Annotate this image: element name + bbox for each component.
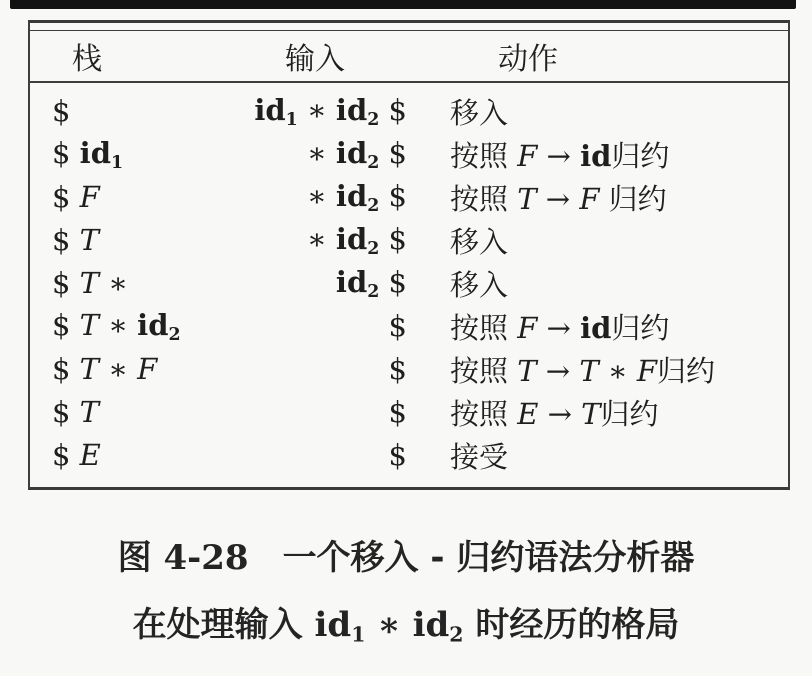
text-segment: 归约 — [600, 397, 658, 431]
text-segment: 1 — [351, 623, 365, 647]
text-segment: 移入 — [450, 225, 508, 259]
text-segment: id — [336, 93, 367, 127]
input-cell: ∗ id2 $ — [195, 179, 435, 216]
parser-configurations-table: 栈 输入 动作 $ id1 ∗ id2 $ 移入 $ id1 ∗ id2 $ 按… — [28, 20, 790, 490]
text-segment: $ — [389, 438, 407, 472]
text-segment: $ — [52, 308, 80, 342]
text-segment: $ — [379, 179, 407, 213]
text-segment: 2 — [367, 282, 379, 302]
text-segment: $ — [379, 136, 407, 170]
text-segment: id — [580, 311, 611, 345]
table-body: $ id1 ∗ id2 $ 移入 $ id1 ∗ id2 $ 按照 F → id… — [30, 83, 788, 487]
text-segment: 移入 — [450, 268, 508, 302]
text-segment: F — [80, 180, 100, 214]
figure-caption-line2: 在处理输入 id1 ∗ id2 时经历的格局 — [0, 605, 812, 655]
text-segment: 图 — [118, 538, 164, 578]
text-segment: 2 — [367, 110, 379, 130]
text-segment: 2 — [367, 153, 379, 173]
input-cell: id1 ∗ id2 $ — [195, 93, 435, 130]
text-segment: → — [538, 397, 581, 431]
text-segment: 时经历的格局 — [463, 605, 679, 645]
text-segment: id — [80, 136, 111, 170]
text-segment: id — [336, 136, 367, 170]
input-cell: $ — [195, 438, 435, 473]
action-cell: 按照 T → F 归约 — [435, 177, 788, 218]
text-segment: T — [517, 182, 536, 216]
text-segment: T — [80, 223, 99, 257]
text-segment: → — [537, 139, 580, 173]
text-segment: → — [537, 354, 580, 388]
text-segment: $ — [52, 266, 80, 300]
text-segment: id — [336, 265, 367, 299]
text-segment: 2 — [367, 239, 379, 259]
text-segment: T — [517, 354, 536, 388]
table-row-9: $ E $ 接受 — [30, 434, 788, 477]
text-segment: 2 — [168, 325, 180, 345]
input-cell: ∗ id2 $ — [195, 136, 435, 173]
action-cell: 按照 F → id归约 — [435, 306, 788, 347]
scanned-book-page: 栈 输入 动作 $ id1 ∗ id2 $ 移入 $ id1 ∗ id2 $ 按… — [0, 0, 812, 676]
input-cell: $ — [195, 309, 435, 344]
text-segment: 按照 — [450, 311, 517, 345]
text-segment: T — [80, 352, 99, 386]
text-segment: 一个移入 - 归约语法分析器 — [249, 538, 695, 578]
text-segment: id — [137, 308, 168, 342]
table-row-3: $ F ∗ id2 $ 按照 T → F 归约 — [30, 176, 788, 219]
text-segment: E — [517, 397, 538, 431]
stack-cell: $ — [30, 94, 195, 129]
text-segment: $ — [379, 265, 407, 299]
table-row-1: $ id1 ∗ id2 $ 移入 — [30, 90, 788, 133]
text-segment: 归约 — [611, 139, 669, 173]
action-cell: 接受 — [435, 435, 788, 476]
text-segment: 接受 — [450, 440, 508, 474]
table-row-8: $ T $ 按照 E → T归约 — [30, 391, 788, 434]
text-segment: 按照 — [450, 397, 517, 431]
column-header-stack: 栈 — [30, 34, 195, 78]
stack-cell: $ F — [30, 180, 195, 215]
text-segment: $ — [379, 222, 407, 256]
figure-caption: 图 4-28 一个移入 - 归约语法分析器 在处理输入 id1 ∗ id2 时经… — [0, 538, 812, 655]
scan-artifact-bar — [10, 0, 796, 9]
text-segment: ∗ — [307, 179, 336, 213]
table-row-5: $ T ∗ id2 $ 移入 — [30, 262, 788, 305]
text-segment: 4-28 — [163, 538, 248, 578]
text-segment: $ — [379, 93, 407, 127]
text-segment: id — [413, 605, 450, 645]
stack-cell: $ E — [30, 438, 195, 473]
text-segment: 按照 — [450, 354, 517, 388]
text-segment: $ — [52, 395, 80, 429]
text-segment: ∗ — [307, 222, 336, 256]
text-segment: 移入 — [450, 96, 508, 130]
action-cell: 按照 T → T ∗ F归约 — [435, 349, 788, 390]
stack-cell: $ T — [30, 395, 195, 430]
text-segment: ∗ — [365, 605, 412, 645]
input-cell: $ — [195, 395, 435, 430]
stack-cell: $ T ∗ F — [30, 352, 195, 387]
text-segment: $ — [389, 395, 407, 429]
text-segment: $ — [389, 352, 407, 386]
stack-cell: $ T — [30, 223, 195, 258]
input-cell: $ — [195, 352, 435, 387]
text-segment: → — [537, 311, 580, 345]
text-segment: id — [580, 139, 611, 173]
text-segment: $ — [52, 180, 80, 214]
text-segment: $ — [52, 136, 80, 170]
text-segment: F — [517, 311, 537, 345]
table-row-6: $ T ∗ id2 $ 按照 F → id归约 — [30, 305, 788, 348]
action-cell: 按照 F → id归约 — [435, 134, 788, 175]
text-segment: F — [517, 139, 537, 173]
stack-cell: $ T ∗ id2 — [30, 308, 195, 345]
input-cell: ∗ id2 $ — [195, 222, 435, 259]
input-cell: id2 $ — [195, 265, 435, 302]
text-segment: 1 — [286, 110, 298, 130]
action-cell: 按照 E → T归约 — [435, 392, 788, 433]
text-segment: id — [315, 605, 352, 645]
text-segment: $ — [52, 352, 80, 386]
text-segment: F — [637, 354, 657, 388]
table-header-row: 栈 输入 动作 — [30, 31, 788, 83]
text-segment: id — [336, 222, 367, 256]
text-segment: $ — [52, 94, 70, 128]
stack-cell: $ T ∗ — [30, 266, 195, 301]
action-cell: 移入 — [435, 91, 788, 132]
text-segment: F — [579, 182, 599, 216]
text-segment: ∗ — [307, 136, 336, 170]
text-segment: T — [80, 308, 99, 342]
text-segment: 按照 — [450, 182, 517, 216]
text-segment: 归约 — [599, 182, 666, 216]
text-segment: ∗ — [599, 354, 637, 388]
stack-cell: $ id1 — [30, 136, 195, 173]
text-segment: id — [254, 93, 285, 127]
text-segment: 按照 — [450, 139, 517, 173]
text-segment: ∗ — [298, 93, 336, 127]
text-segment: T — [80, 266, 99, 300]
text-segment: T — [80, 395, 99, 429]
text-segment: 归约 — [611, 311, 669, 345]
figure-caption-line1: 图 4-28 一个移入 - 归约语法分析器 — [0, 538, 812, 579]
text-segment: 归约 — [657, 354, 715, 388]
text-segment: E — [80, 438, 101, 472]
text-segment: F — [137, 352, 157, 386]
text-segment: 在处理输入 — [133, 605, 315, 645]
text-segment: T — [581, 397, 600, 431]
table-row-2: $ id1 ∗ id2 $ 按照 F → id归约 — [30, 133, 788, 176]
column-header-input: 输入 — [195, 34, 435, 78]
table-top-double-rule — [30, 23, 788, 31]
text-segment: ∗ — [99, 308, 137, 342]
text-segment: ∗ — [99, 266, 128, 300]
text-segment: 2 — [449, 623, 463, 647]
text-segment: ∗ — [99, 352, 137, 386]
text-segment: 1 — [111, 153, 123, 173]
table-row-4: $ T ∗ id2 $ 移入 — [30, 219, 788, 262]
table-row-7: $ T ∗ F $ 按照 T → T ∗ F归约 — [30, 348, 788, 391]
text-segment: → — [537, 182, 580, 216]
text-segment: 2 — [367, 196, 379, 216]
text-segment: $ — [389, 309, 407, 343]
action-cell: 移入 — [435, 220, 788, 261]
text-segment: id — [336, 179, 367, 213]
text-segment: $ — [52, 438, 80, 472]
action-cell: 移入 — [435, 263, 788, 304]
text-segment: $ — [52, 223, 80, 257]
text-segment: T — [579, 354, 598, 388]
column-header-action: 动作 — [435, 34, 788, 78]
